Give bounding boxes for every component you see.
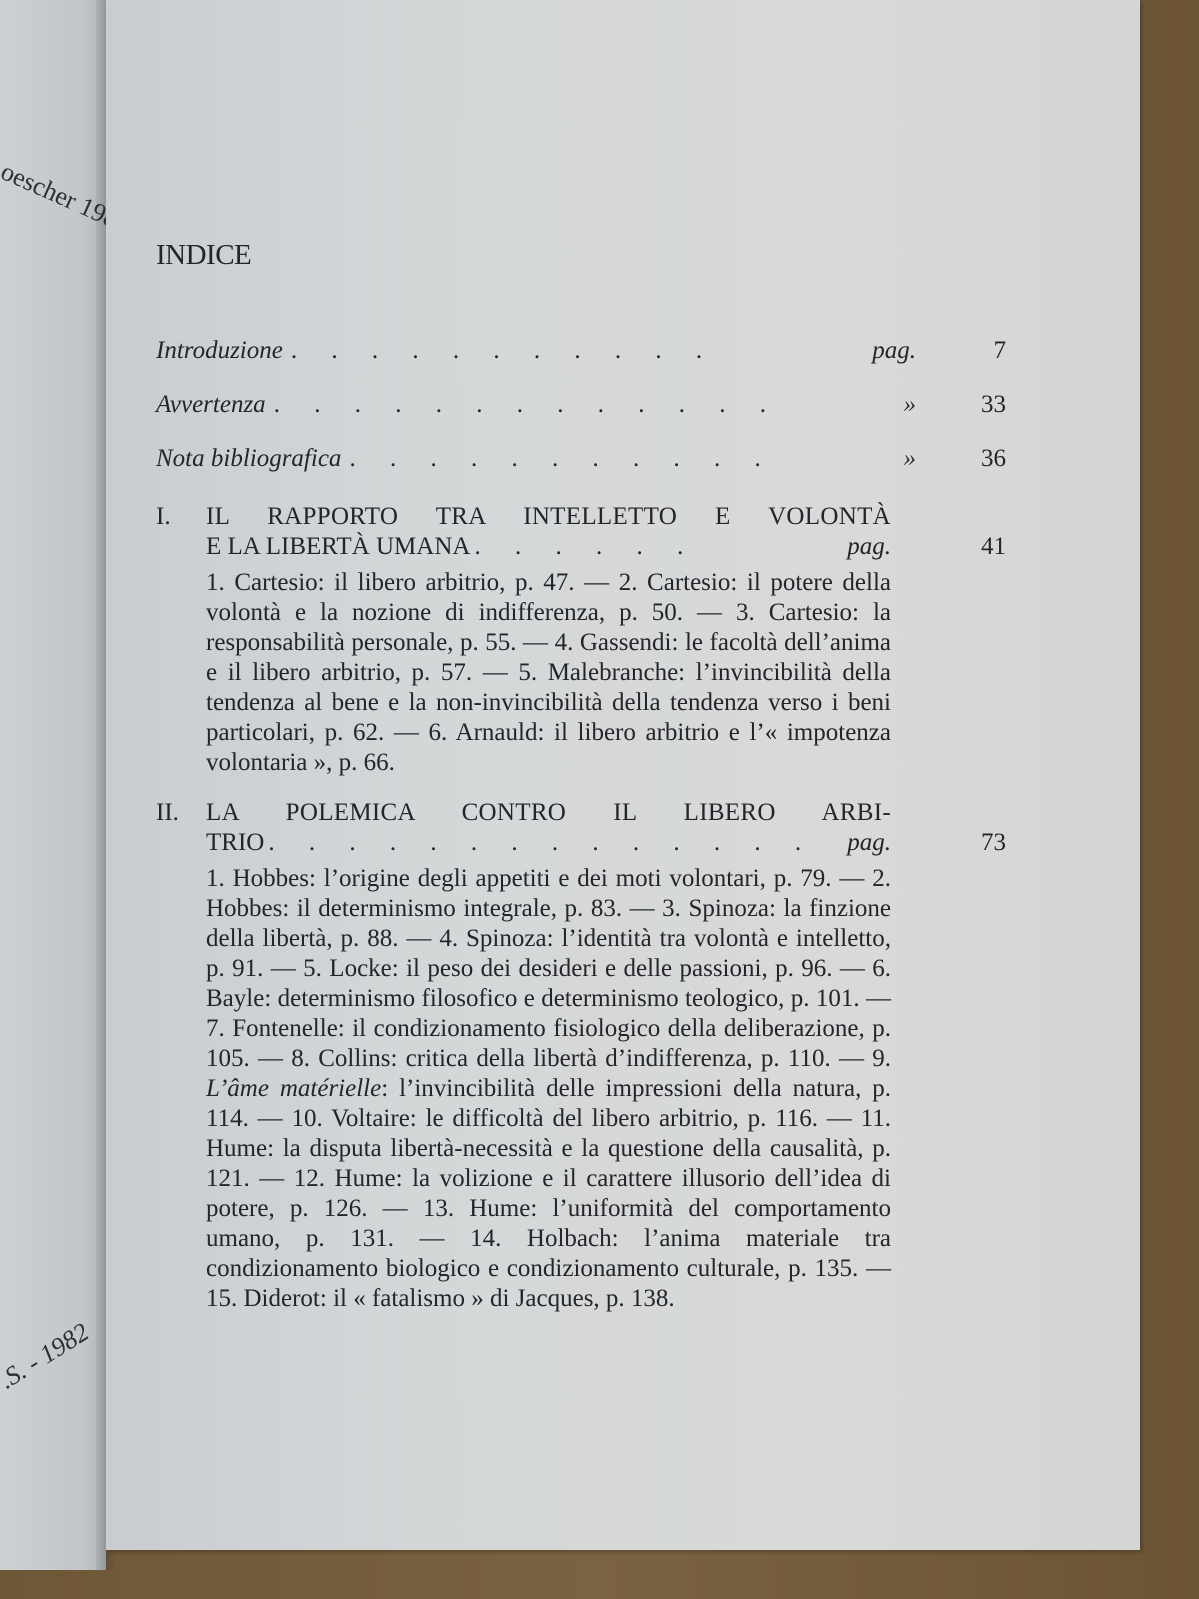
toc-entry-avvertenza: Avvertenza . . . . . . . . . . . . . » 3… [156,390,1006,444]
table-of-contents: INDICE Introduzione . . . . . . . . . . … [156,240,1006,1330]
dot-leader: . . . . . . . . . . . . . . [264,828,847,858]
dot-leader: . . . . . . [470,532,847,562]
chapter-title-line1: La polemica contro il libero arbi- [206,798,891,828]
summary-text: 1. Hobbes: l’origine degli appetiti e de… [206,865,891,1072]
page-number: 33 [916,390,1006,420]
chapter-numeral: I. [156,502,206,794]
chapter-numeral: II. [156,798,206,1330]
page-number: 41 [891,502,1006,794]
chapter-1: I. Il rapporto tra intelletto e volontà … [156,502,1006,794]
index-page: INDICE Introduzione . . . . . . . . . . … [106,0,1140,1550]
copyright-stamp: .S. - 1982 [0,1317,94,1395]
ditto-marker: » [856,444,916,474]
chapter-summary: 1. Cartesio: il libero arbitrio, p. 47. … [206,568,891,778]
ditto-marker: » [856,390,916,420]
toc-entry-introduzione: Introduzione . . . . . . . . . . . pag. … [156,336,1006,390]
page-number: 7 [916,336,1006,366]
chapter-2: II. La polemica contro il libero arbi- t… [156,798,1006,1330]
dot-leader: . . . . . . . . . . . [283,336,856,366]
chapter-title-line2: e la libertà umana [206,532,470,562]
entry-label: Introduzione [156,336,283,366]
page-marker: pag. [847,532,891,562]
entry-label: Nota bibliografica [156,444,341,474]
dot-leader: . . . . . . . . . . . . . [266,390,856,420]
page-marker: pag. [847,828,891,858]
chapter-title-line1: Il rapporto tra intelletto e volontà [206,502,891,532]
page-marker: pag. [856,336,916,366]
summary-italic-title: L’âme matérielle [206,1075,381,1102]
page-title: INDICE [156,240,1006,270]
dot-leader: . . . . . . . . . . . [341,444,856,474]
chapter-title-line2: trio [206,828,264,858]
page-number: 73 [891,798,1006,1330]
toc-entry-nota-bibliografica: Nota bibliografica . . . . . . . . . . .… [156,444,1006,498]
page-number: 36 [916,444,1006,474]
facing-page: Loescher 198 .S. - 1982 [0,0,106,1570]
publisher-stamp: Loescher 198 [0,150,106,235]
summary-text: : l’invincibilità delle impressioni dell… [206,1075,891,1312]
chapter-summary: 1. Hobbes: l’origine degli appetiti e de… [206,864,891,1314]
entry-label: Avvertenza [156,390,266,420]
